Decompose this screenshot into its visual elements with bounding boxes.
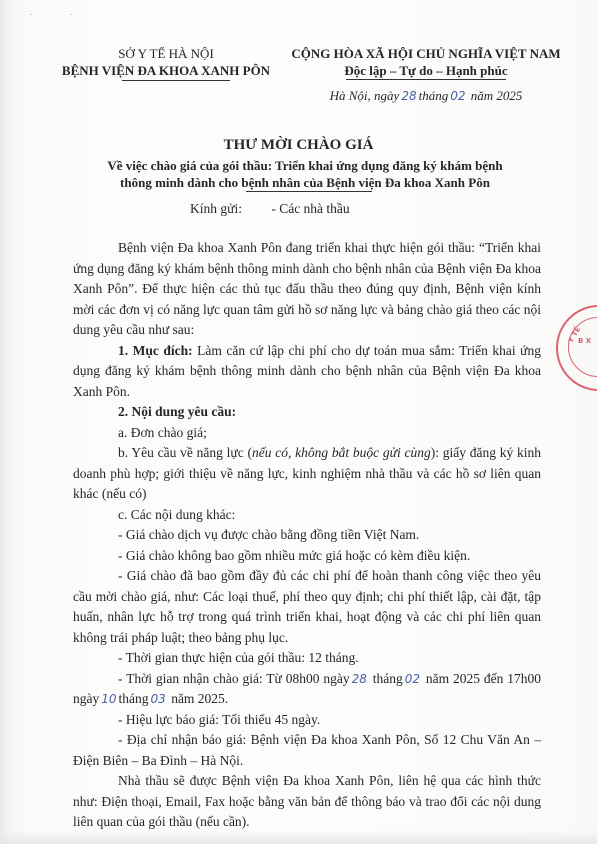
c5-day-end: 10 <box>99 692 118 706</box>
section-requirements-heading: 2. Nội dung yêu cầu: <box>73 402 541 423</box>
national-header: CỘNG HÒA XÃ HỘI CHỦ NGHĨA VIỆT NAM Độc l… <box>276 45 576 80</box>
page-bottom-shadow <box>0 830 597 844</box>
req-a: a. Đơn chào giá; <box>73 423 541 444</box>
date-month: 02 <box>448 89 467 103</box>
c5-month-start: 02 <box>403 672 422 686</box>
c5-day-start: 28 <box>350 672 369 686</box>
req-c6: - Hiệu lực báo giá: Tối thiểu 45 ngày. <box>73 710 541 731</box>
subject-underline <box>246 191 372 192</box>
red-seal-stamp: Y TẾ B X <box>556 305 597 391</box>
c5-text-5: năm 2025. <box>171 691 228 706</box>
purpose-heading: 1. Mục đích: <box>118 343 193 358</box>
issuer-department: SỞ Y TẾ HÀ NỘI <box>46 45 286 62</box>
date-prefix: Hà Nội, ngày <box>330 88 400 103</box>
issuer-underline <box>122 80 230 81</box>
document-date: Hà Nội, ngày28tháng02 năm 2025 <box>276 88 576 104</box>
req-c4: - Thời gian thực hiện của gói thầu: 12 t… <box>73 648 541 669</box>
document-subject: Về việc chào giá của gói thầu: Triển kha… <box>90 157 520 191</box>
greeting: Kính gửi: - Các nhà thầu <box>190 201 350 217</box>
intro-paragraph: Bệnh viện Đa khoa Xanh Pôn đang triển kh… <box>73 238 541 341</box>
date-month-label: tháng <box>419 88 449 103</box>
req-c2: - Giá chào không bao gồm nhiều mức giá h… <box>73 546 541 567</box>
req-c: c. Các nội dung khác: <box>73 505 541 526</box>
issuer-hospital: BỆNH VIỆN ĐA KHOA XANH PÔN <box>46 62 286 79</box>
document-title: THƯ MỜI CHÀO GIÁ <box>0 137 597 154</box>
subject-text: Về việc chào giá của gói thầu: Triển kha… <box>107 158 502 190</box>
section-purpose: 1. Mục đích: Làm căn cứ lập chi phí cho … <box>73 341 541 403</box>
national-title: CỘNG HÒA XÃ HỘI CHỦ NGHĨA VIỆT NAM <box>276 45 576 62</box>
greeting-recipient: - Các nhà thầu <box>271 201 349 216</box>
req-b-prefix: b. Yêu cầu về năng lực ( <box>118 445 252 460</box>
motto-underline <box>346 79 506 80</box>
req-c7: - Địa chỉ nhận báo giá: Bệnh viện Đa kho… <box>73 730 541 771</box>
c5-text-4: tháng <box>119 691 149 706</box>
req-c5: - Thời gian nhận chào giá: Từ 08h00 ngày… <box>73 669 541 710</box>
c5-text-2: tháng <box>373 671 403 686</box>
req-b-italic: nếu có, không bắt buộc gửi cùng <box>252 445 431 460</box>
req-c1: - Giá chào dịch vụ được chào bằng đồng t… <box>73 525 541 546</box>
national-motto: Độc lập – Tự do – Hạnh phúc <box>276 62 576 79</box>
document-page: . . SỞ Y TẾ HÀ NỘI BỆNH VIỆN ĐA KHOA XAN… <box>0 0 597 844</box>
c5-text-1: - Thời gian nhận chào giá: Từ 08h00 ngày <box>118 671 350 686</box>
issuer-header: SỞ Y TẾ HÀ NỘI BỆNH VIỆN ĐA KHOA XANH PÔ… <box>46 45 286 81</box>
document-body: Bệnh viện Đa khoa Xanh Pôn đang triển kh… <box>73 238 541 833</box>
req-b: b. Yêu cầu về năng lực (nếu có, không bắ… <box>73 443 541 505</box>
c5-month-end: 03 <box>149 692 168 706</box>
req-c3: - Giá chào đã bao gồm đầy đủ các chi phí… <box>73 566 541 648</box>
stamp-inner-ring <box>568 317 597 377</box>
date-day: 28 <box>399 89 418 103</box>
date-year: năm 2025 <box>471 88 523 103</box>
stamp-inner-text: B X <box>578 337 591 345</box>
scan-specks: . . <box>30 8 90 17</box>
greeting-label: Kính gửi: <box>190 201 242 216</box>
closing-paragraph: Nhà thầu sẽ được Bệnh viện Đa khoa Xanh … <box>73 771 541 833</box>
